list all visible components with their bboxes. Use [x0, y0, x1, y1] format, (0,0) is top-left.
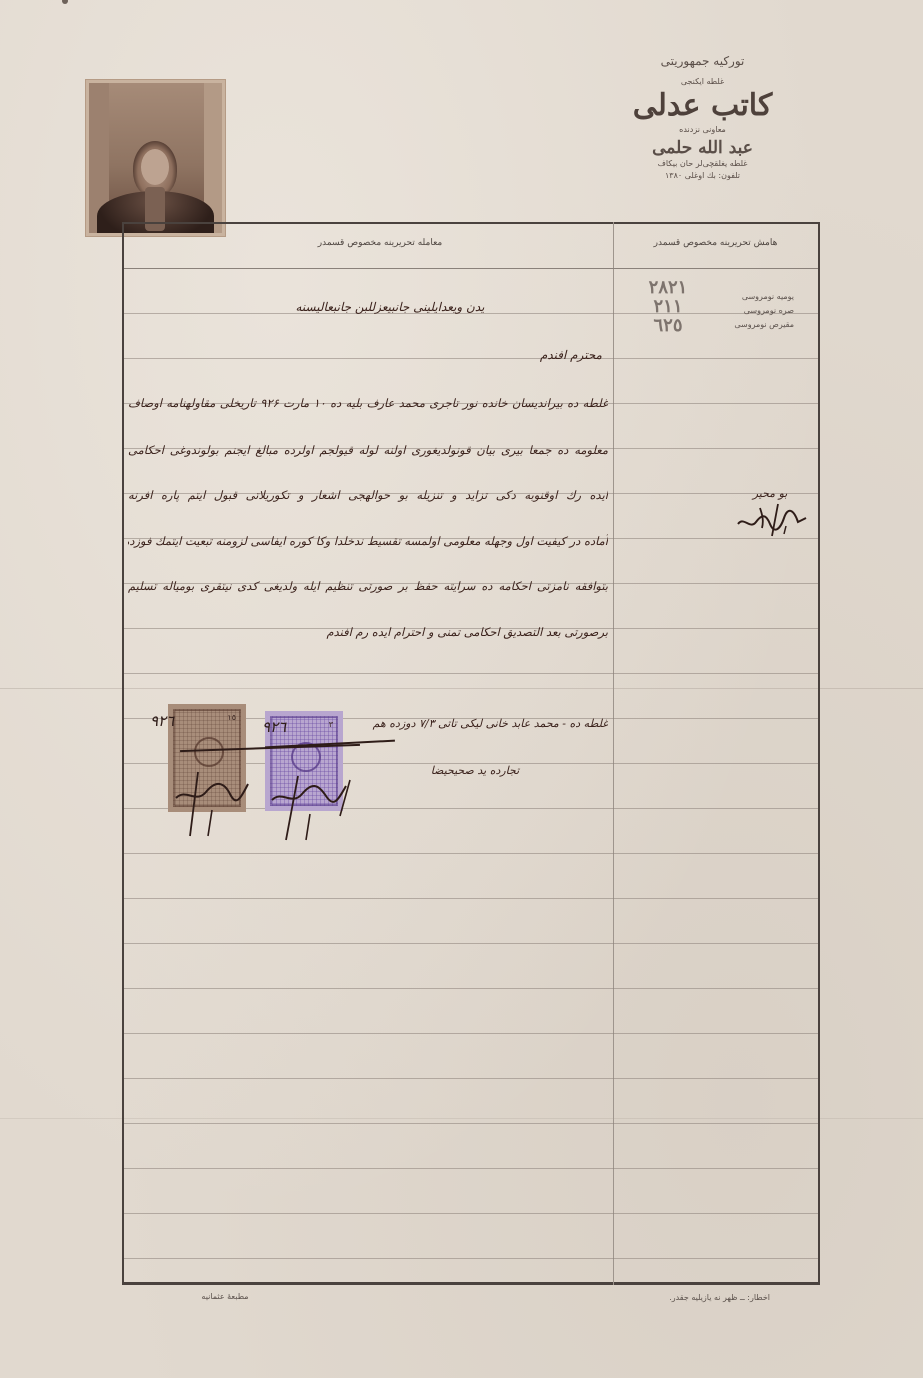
footer-warning: اخطار: ــ ظهر نه یازیلیه جقدر. — [590, 1293, 770, 1302]
masthead-address: غلطه یغلقچی‌لر حان بیکاف — [605, 160, 800, 169]
body-line: آماده در کیفیت اول وجهله معلومی اولمسه ت… — [128, 534, 608, 548]
ruled-line — [124, 1258, 818, 1259]
header-rule — [124, 268, 818, 269]
daily-number: ٢٨٢١ — [628, 278, 708, 297]
ruled-line — [124, 1123, 818, 1124]
portrait-face — [141, 149, 169, 185]
ruled-line — [124, 943, 818, 944]
registry-labels: یومیه نومروسی صره نومروسی مقیرص نومروسی — [708, 290, 794, 332]
margin-note: بو محیر — [730, 487, 810, 500]
body-line: برصورتی بعد التصدیق احکامی تمنی و احترام… — [290, 625, 608, 639]
masthead-subtitle: معاونی نزدنده — [605, 126, 800, 135]
ruled-line — [124, 898, 818, 899]
masthead-district: غلطه ایکنجی — [605, 78, 800, 87]
masthead-name: عبد الله حلمی — [605, 139, 800, 158]
ruled-line — [124, 853, 818, 854]
body-line: غلطه ده بیراندیسان خانده نور تاجری محمد … — [128, 396, 608, 410]
masthead-phone: تلفون: بك اوغلی ۱۳۸۰ — [605, 172, 800, 181]
body-line: بتوافقه نامزتی احکامه ده سرایته حفظ بر ص… — [128, 579, 608, 593]
notary-masthead: تورکیه جمهوریتی غلطه ایکنجی کاتب عدلی مع… — [605, 55, 800, 181]
body-line: ایده رك اوقنوبه دکی تزاید و تنزیله بو حو… — [128, 488, 608, 502]
header-transaction-section: معامله تحریرینه مخصوص قسمدر — [280, 238, 480, 248]
portrait-photo — [86, 80, 225, 236]
stamp-value: ١٥ — [227, 713, 236, 722]
document-title: یدن ویعدایلینی جانبیعزللبن جانبعالیسنه — [240, 300, 540, 314]
ruled-line — [124, 1213, 818, 1214]
salutation: محترم افندم — [480, 348, 602, 362]
attestation-line: تجارده ید صحیحیضا — [400, 764, 550, 777]
ruled-line — [124, 1078, 818, 1079]
stamp-cancel-year: ٩٢٦ — [150, 712, 174, 730]
stamp-signatures-icon — [168, 770, 368, 850]
file-number-label: مقیرص نومروسی — [708, 318, 794, 332]
attestation-line: غلطه ده - محمد عابد خانی لیکی تاتی ۷/۳ د… — [358, 717, 608, 730]
stamp-value: ٣ — [329, 720, 333, 729]
margin-signature-icon — [732, 500, 812, 540]
column-divider — [613, 222, 614, 1285]
masthead-title: کاتب عدلی — [605, 89, 800, 122]
daily-number-label: یومیه نومروسی — [708, 290, 794, 304]
body-line: معلومه ده جمعا بیری بیان قونولدیغوری اول… — [128, 443, 608, 457]
ruled-line — [124, 988, 818, 989]
ruled-line — [124, 358, 818, 359]
header-margin-section: هامش تحریرینه مخصوص قسمدر — [618, 238, 813, 248]
file-number: ٦٢٥ — [628, 316, 708, 335]
stamp-cancel-year: ٩٢٦ — [262, 718, 286, 736]
ruled-line — [124, 1168, 818, 1169]
sequence-number-label: صره نومروسی — [708, 304, 794, 318]
masthead-republic: تورکیه جمهوریتی — [605, 55, 800, 68]
ruled-line — [124, 1033, 818, 1034]
sequence-number: ٢١١ — [628, 297, 708, 316]
registry-numbers: ٢٨٢١ ٢١١ ٦٢٥ — [628, 278, 708, 335]
printer-imprint: مطبعهٔ عثمانیه — [175, 1292, 275, 1301]
crescent-emblem-icon — [194, 737, 224, 767]
ruled-line — [124, 673, 818, 674]
